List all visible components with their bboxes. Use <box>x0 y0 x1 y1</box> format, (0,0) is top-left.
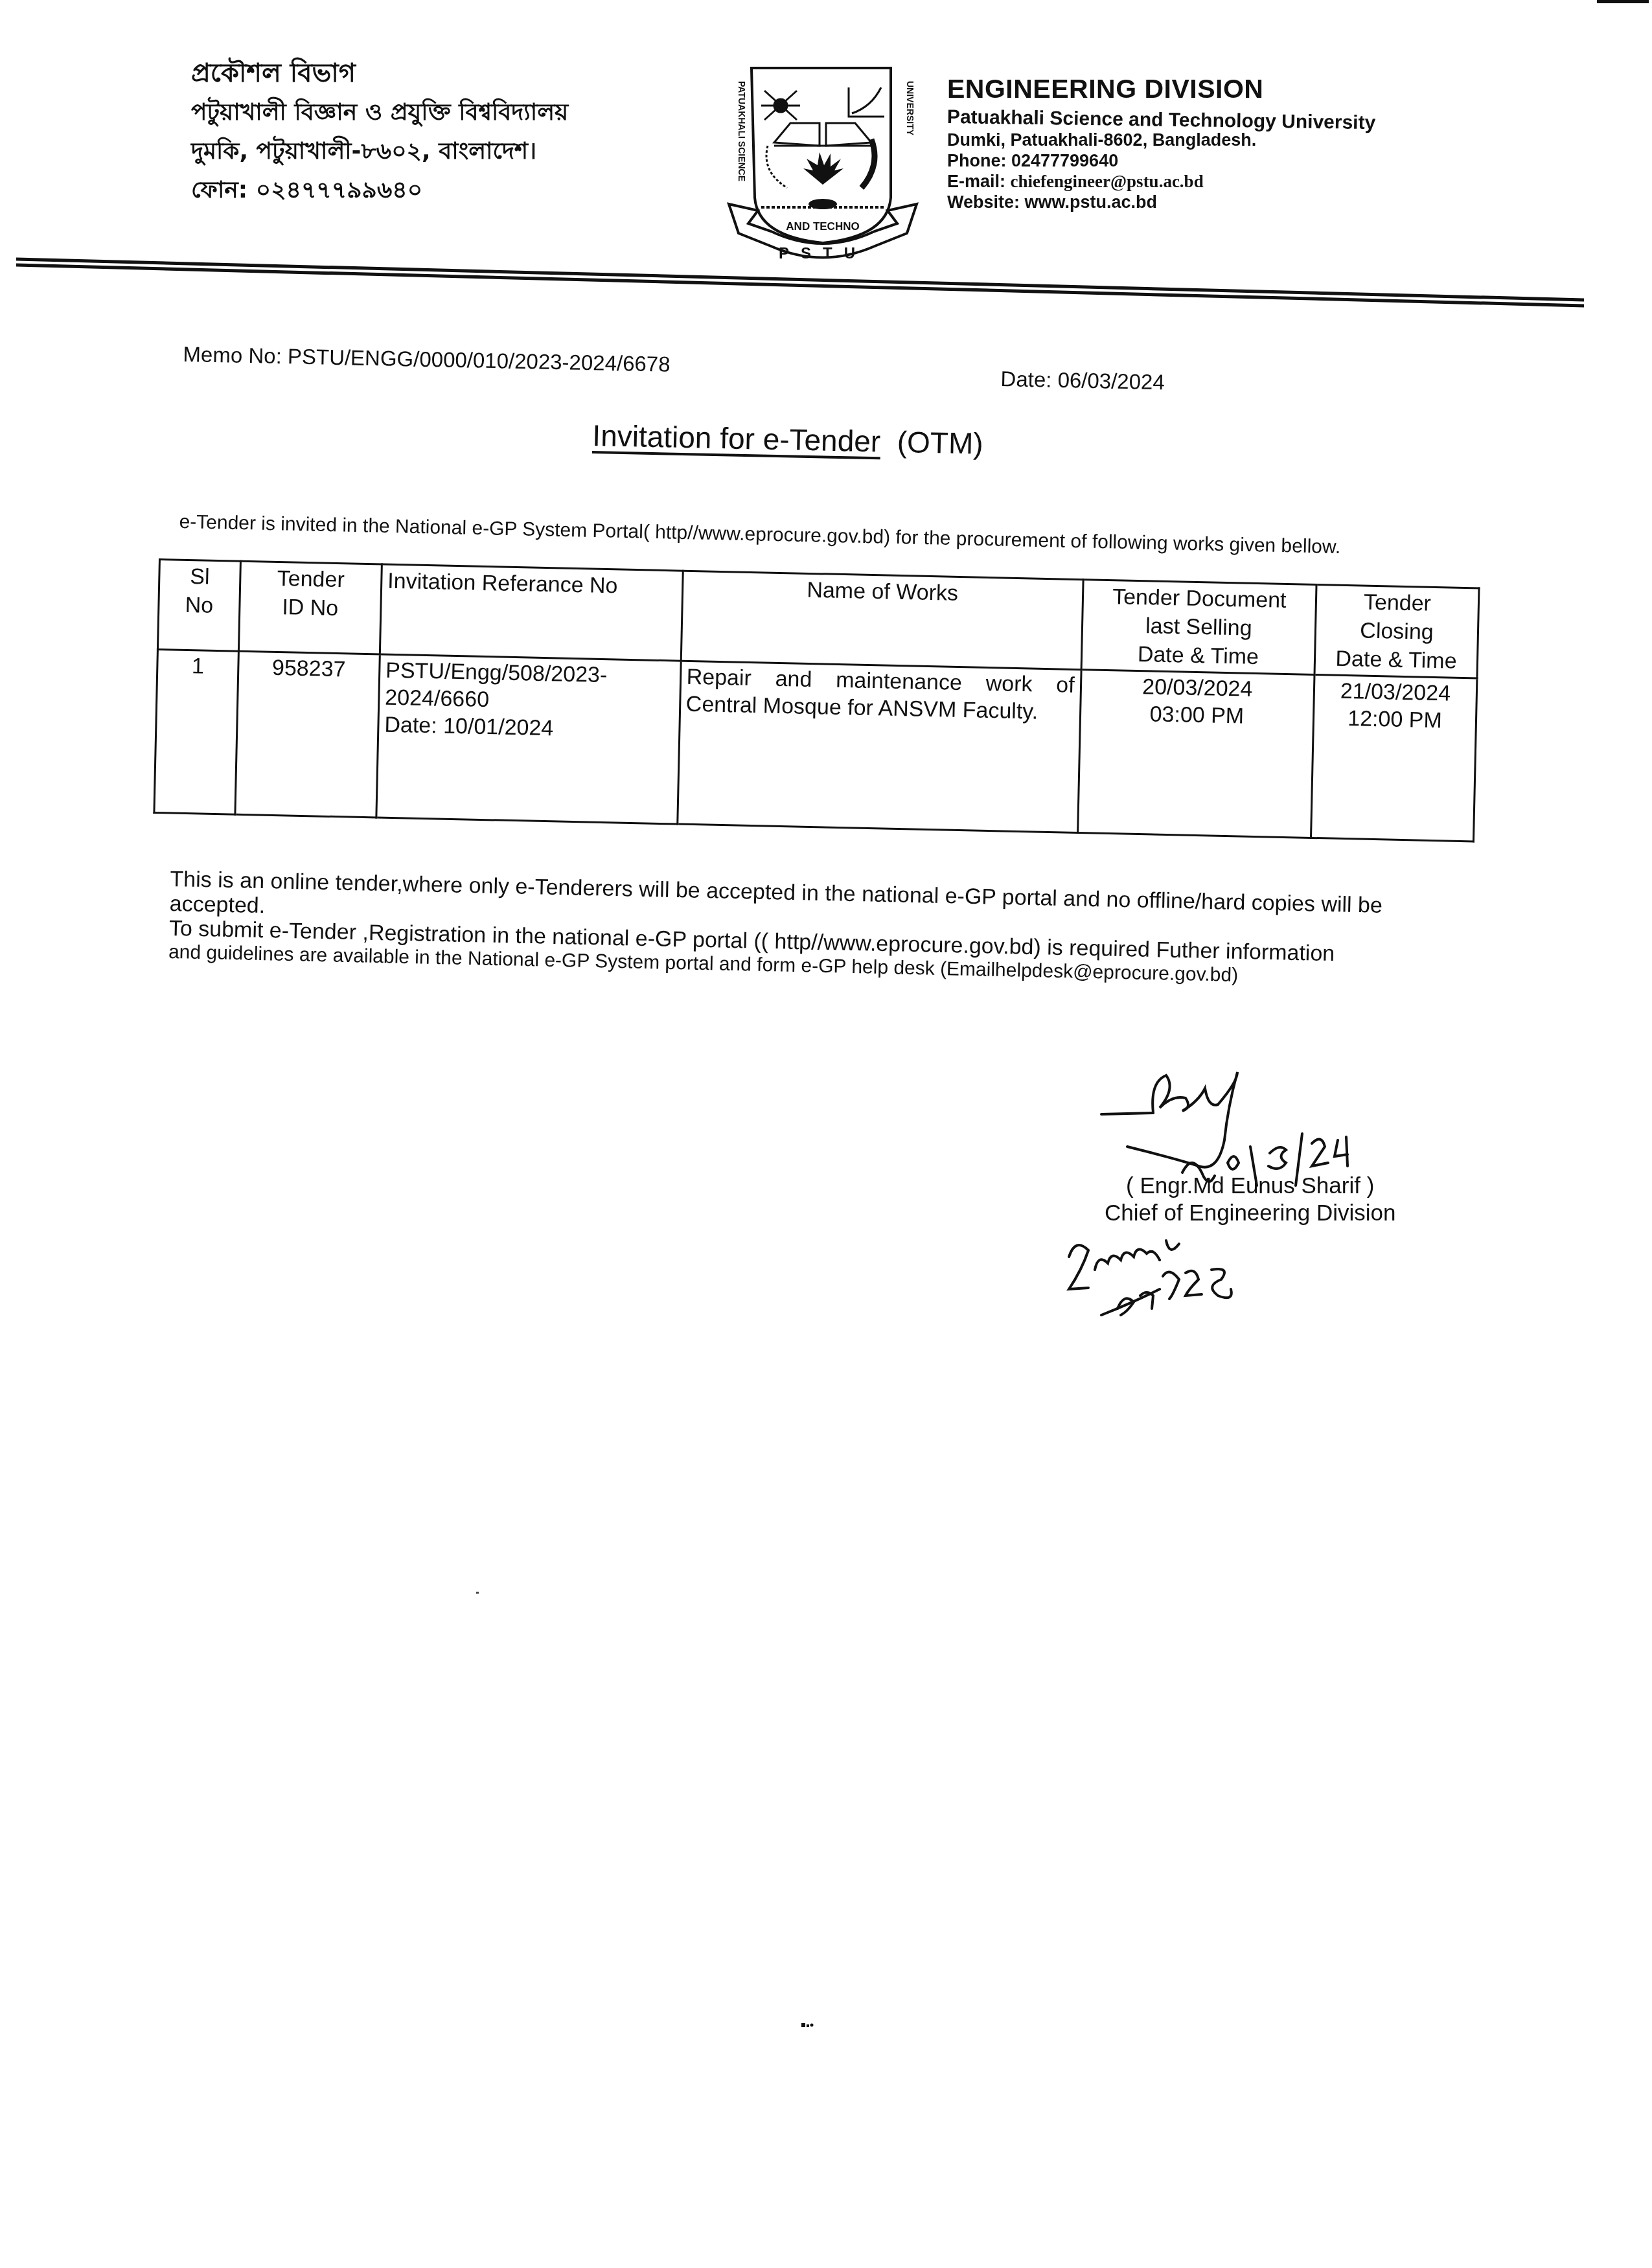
bengali-phone: ফোন: ০২৪৭৭৭৯৯৬৪০ <box>191 171 568 210</box>
header-tender-id: Tender ID No <box>238 561 382 654</box>
header-divider <box>16 256 1584 314</box>
cell-tender-id: 958237 <box>235 651 380 818</box>
header-reference: Invitation Referance No <box>380 564 683 661</box>
scan-speck <box>476 1592 479 1594</box>
cell-selling-date: 20/03/2024 03:00 PM <box>1077 670 1314 838</box>
page-title: Invitation for e-Tender (OTM) <box>592 418 983 461</box>
cell-closing-date: 21/03/2024 12:00 PM <box>1311 674 1477 841</box>
header-name-of-works: Name of Works <box>681 571 1083 669</box>
scan-speck-mark <box>800 2021 814 2028</box>
signatory-block: ( Engr.Md Eunus Sharif ) Chief of Engine… <box>1105 1173 1395 1227</box>
cell-reference: PSTU/Engg/508/2023- 2024/6660 Date: 10/0… <box>376 654 681 824</box>
cell-sl: 1 <box>154 649 238 814</box>
english-email: E-mail: chiefengineer@pstu.ac.bd <box>947 171 1375 192</box>
bengali-university: পটুয়াখালী বিজ্ঞান ও প্রযুক্তি বিশ্ববিদ্… <box>191 93 568 132</box>
english-phone: Phone: 02477799640 <box>947 150 1375 171</box>
header-closing-date: Tender Closing Date & Time <box>1314 584 1479 678</box>
title-main: Invitation for e-Tender <box>592 418 881 458</box>
email-label: E-mail: <box>947 172 1005 191</box>
svg-text:UNIVERSITY: UNIVERSITY <box>905 81 915 136</box>
header-selling-date: Tender Document last Selling Date & Time <box>1081 580 1316 675</box>
intro-paragraph: e-Tender is invited in the National e-GP… <box>179 510 1481 562</box>
english-division: ENGINEERING DIVISION <box>947 73 1375 105</box>
signatory-name: ( Engr.Md Eunus Sharif ) <box>1105 1173 1395 1200</box>
header-english: ENGINEERING DIVISION Patuakhali Science … <box>947 73 1375 212</box>
email-link[interactable]: chiefengineer@pstu.ac.bd <box>1011 172 1204 191</box>
english-website[interactable]: Website: www.pstu.ac.bd <box>947 192 1375 212</box>
bengali-address: দুমকি, পটুয়াখালী-৮৬০২, বাংলাদেশ। <box>191 132 568 171</box>
signatory-designation: Chief of Engineering Division <box>1105 1200 1395 1227</box>
bengali-division: প্রকৌশল বিভাগ <box>191 53 568 93</box>
handwritten-note-icon <box>1056 1231 1289 1328</box>
scan-edge-mark <box>1597 0 1649 3</box>
notes: This is an online tender,where only e-Te… <box>168 867 1466 992</box>
svg-text:AND TECHNO: AND TECHNO <box>786 220 859 233</box>
cell-name-of-works: Repair and maintenance work of Central M… <box>677 661 1081 832</box>
svg-text:PATUAKHALI SCIENCE: PATUAKHALI SCIENCE <box>737 81 747 181</box>
memo-date: Date: 06/03/2024 <box>1000 367 1165 395</box>
tender-table: Sl No Tender ID No Invitation Referance … <box>153 558 1480 842</box>
title-suffix: (OTM) <box>897 425 983 461</box>
header-sl-no: Sl No <box>157 560 240 652</box>
university-seal-icon: AND TECHNO PSTU PATUAKHALI SCIENCE UNIVE… <box>726 62 920 269</box>
memo-number: Memo No: PSTU/ENGG/0000/010/2023-2024/66… <box>183 342 671 377</box>
header-bengali: প্রকৌশল বিভাগ পটুয়াখালী বিজ্ঞান ও প্রযু… <box>191 53 568 210</box>
table-row: 1 958237 PSTU/Engg/508/2023- 2024/6660 D… <box>154 649 1477 841</box>
